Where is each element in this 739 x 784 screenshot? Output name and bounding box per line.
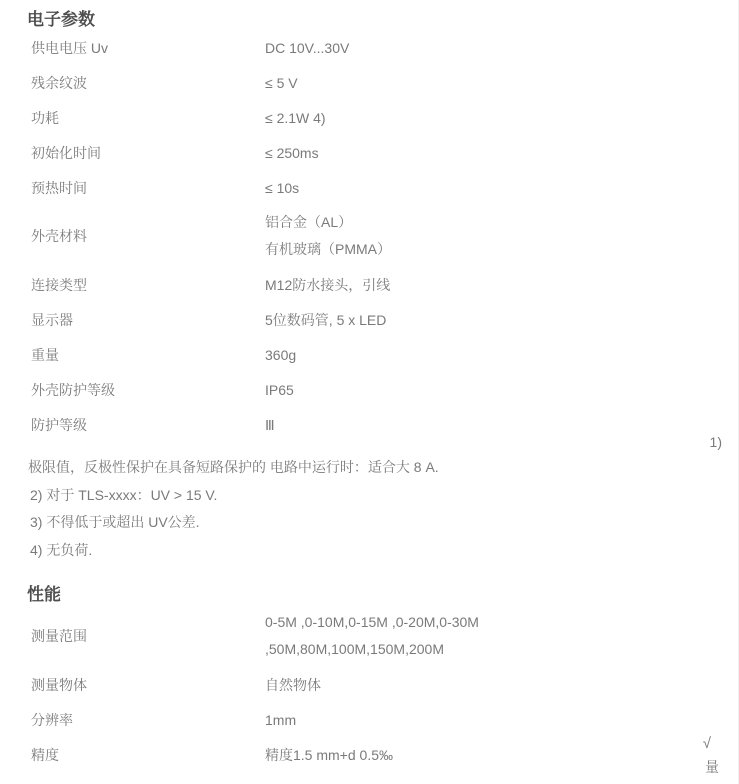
spec-label: 精度 <box>31 746 265 764</box>
footnote-marker-1: 1) <box>710 434 722 450</box>
spec-row-initialization-time: 初始化时间 ≤ 250ms <box>0 135 738 170</box>
spec-value: DC 10V...30V <box>265 39 738 57</box>
section-title-performance: 性能 <box>0 564 738 605</box>
electronic-spec-table: 供电电压 Uv DC 10V...30V 残余纹波 ≤ 5 V 功耗 ≤ 2.1… <box>0 30 738 442</box>
spec-value: IP65 <box>265 381 738 399</box>
spec-value: ≤ 250ms <box>265 144 738 162</box>
spec-label: 功耗 <box>31 109 265 127</box>
spec-value-line: 有机玻璃（PMMA） <box>265 236 738 263</box>
spec-value: 1mm <box>265 711 738 729</box>
spec-label: 外壳材料 <box>31 227 265 245</box>
spec-row-display: 显示器 5位数码管, 5 x LED <box>0 302 738 337</box>
overflow-cut-character: 量 <box>705 757 719 777</box>
spec-row-power-consumption: 功耗 ≤ 2.1W 4) <box>0 100 738 135</box>
spec-row-connection-type: 连接类型 M12防水接头，引线 <box>0 267 738 302</box>
spec-row-housing-material: 外壳材料 铝合金（AL） 有机玻璃（PMMA） <box>0 205 738 267</box>
footnote-line-2: 2) 对于 TLS-xxxx：UV > 15 V. <box>28 482 738 510</box>
spec-row-resolution: 分辨率 1mm <box>0 702 738 737</box>
spec-value: ≤ 5 V <box>265 74 738 92</box>
spec-label: 初始化时间 <box>31 144 265 162</box>
footnote-line-4: 4) 无负荷. <box>28 537 738 565</box>
spec-label: 连接类型 <box>31 276 265 294</box>
spec-label: 显示器 <box>31 311 265 329</box>
footnote-line-1: 极限值，反极性保护在具备短路保护的 电路中运行时：适合大 8 A. <box>28 454 738 482</box>
spec-value: 精度1.5 mm+d 0.5‰ <box>265 746 738 764</box>
spec-value: 0-5M ,0-10M,0-15M ,0-20M,0-30M ,50M,80M,… <box>265 609 738 663</box>
overflow-check-mark: √ <box>703 735 711 752</box>
spec-row-measuring-object: 测量物体 自然物体 <box>0 667 738 702</box>
spec-row-weight: 重量 360g <box>0 337 738 372</box>
spec-label: 分辨率 <box>31 711 265 729</box>
footnote-line-3: 3) 不得低于或超出 UV公差. <box>28 509 738 537</box>
performance-spec-table: 测量范围 0-5M ,0-10M,0-15M ,0-20M,0-30M ,50M… <box>0 605 738 772</box>
spec-value: ≤ 2.1W 4) <box>265 109 738 127</box>
spec-row-warmup-time: 预热时间 ≤ 10s <box>0 170 738 205</box>
spec-value: ≤ 10s <box>265 179 738 197</box>
section-title-electronic-parameters: 电子参数 <box>0 0 738 30</box>
spec-label: 测量物体 <box>31 676 265 694</box>
spec-sheet-page: 电子参数 供电电压 Uv DC 10V...30V 残余纹波 ≤ 5 V 功耗 … <box>0 0 739 784</box>
spec-row-protection-class: 防护等级 Ⅲ <box>0 407 738 442</box>
spec-row-residual-ripple: 残余纹波 ≤ 5 V <box>0 65 738 100</box>
spec-value-line: ,50M,80M,100M,150M,200M <box>265 636 738 663</box>
spec-label: 残余纹波 <box>31 74 265 92</box>
spec-label: 预热时间 <box>31 179 265 197</box>
spec-value-line: 0-5M ,0-10M,0-15M ,0-20M,0-30M <box>265 609 738 636</box>
spec-label: 防护等级 <box>31 416 265 434</box>
spec-row-measuring-range: 测量范围 0-5M ,0-10M,0-15M ,0-20M,0-30M ,50M… <box>0 605 738 667</box>
spec-value: 铝合金（AL） 有机玻璃（PMMA） <box>265 209 738 263</box>
spec-label: 外壳防护等级 <box>31 381 265 399</box>
spec-value: 自然物体 <box>265 676 738 694</box>
footnotes-block: 极限值，反极性保护在具备短路保护的 电路中运行时：适合大 8 A. 2) 对于 … <box>0 442 738 564</box>
spec-value: 360g <box>265 346 738 364</box>
spec-label: 测量范围 <box>31 627 265 645</box>
spec-row-supply-voltage: 供电电压 Uv DC 10V...30V <box>0 30 738 65</box>
spec-label: 供电电压 Uv <box>31 39 265 57</box>
spec-value: M12防水接头，引线 <box>265 276 738 294</box>
spec-value: Ⅲ <box>265 416 738 434</box>
spec-value-line: 铝合金（AL） <box>265 209 738 236</box>
spec-row-housing-protection-rating: 外壳防护等级 IP65 <box>0 372 738 407</box>
spec-row-accuracy: 精度 精度1.5 mm+d 0.5‰ <box>0 737 738 772</box>
spec-label: 重量 <box>31 346 265 364</box>
spec-value: 5位数码管, 5 x LED <box>265 311 738 329</box>
